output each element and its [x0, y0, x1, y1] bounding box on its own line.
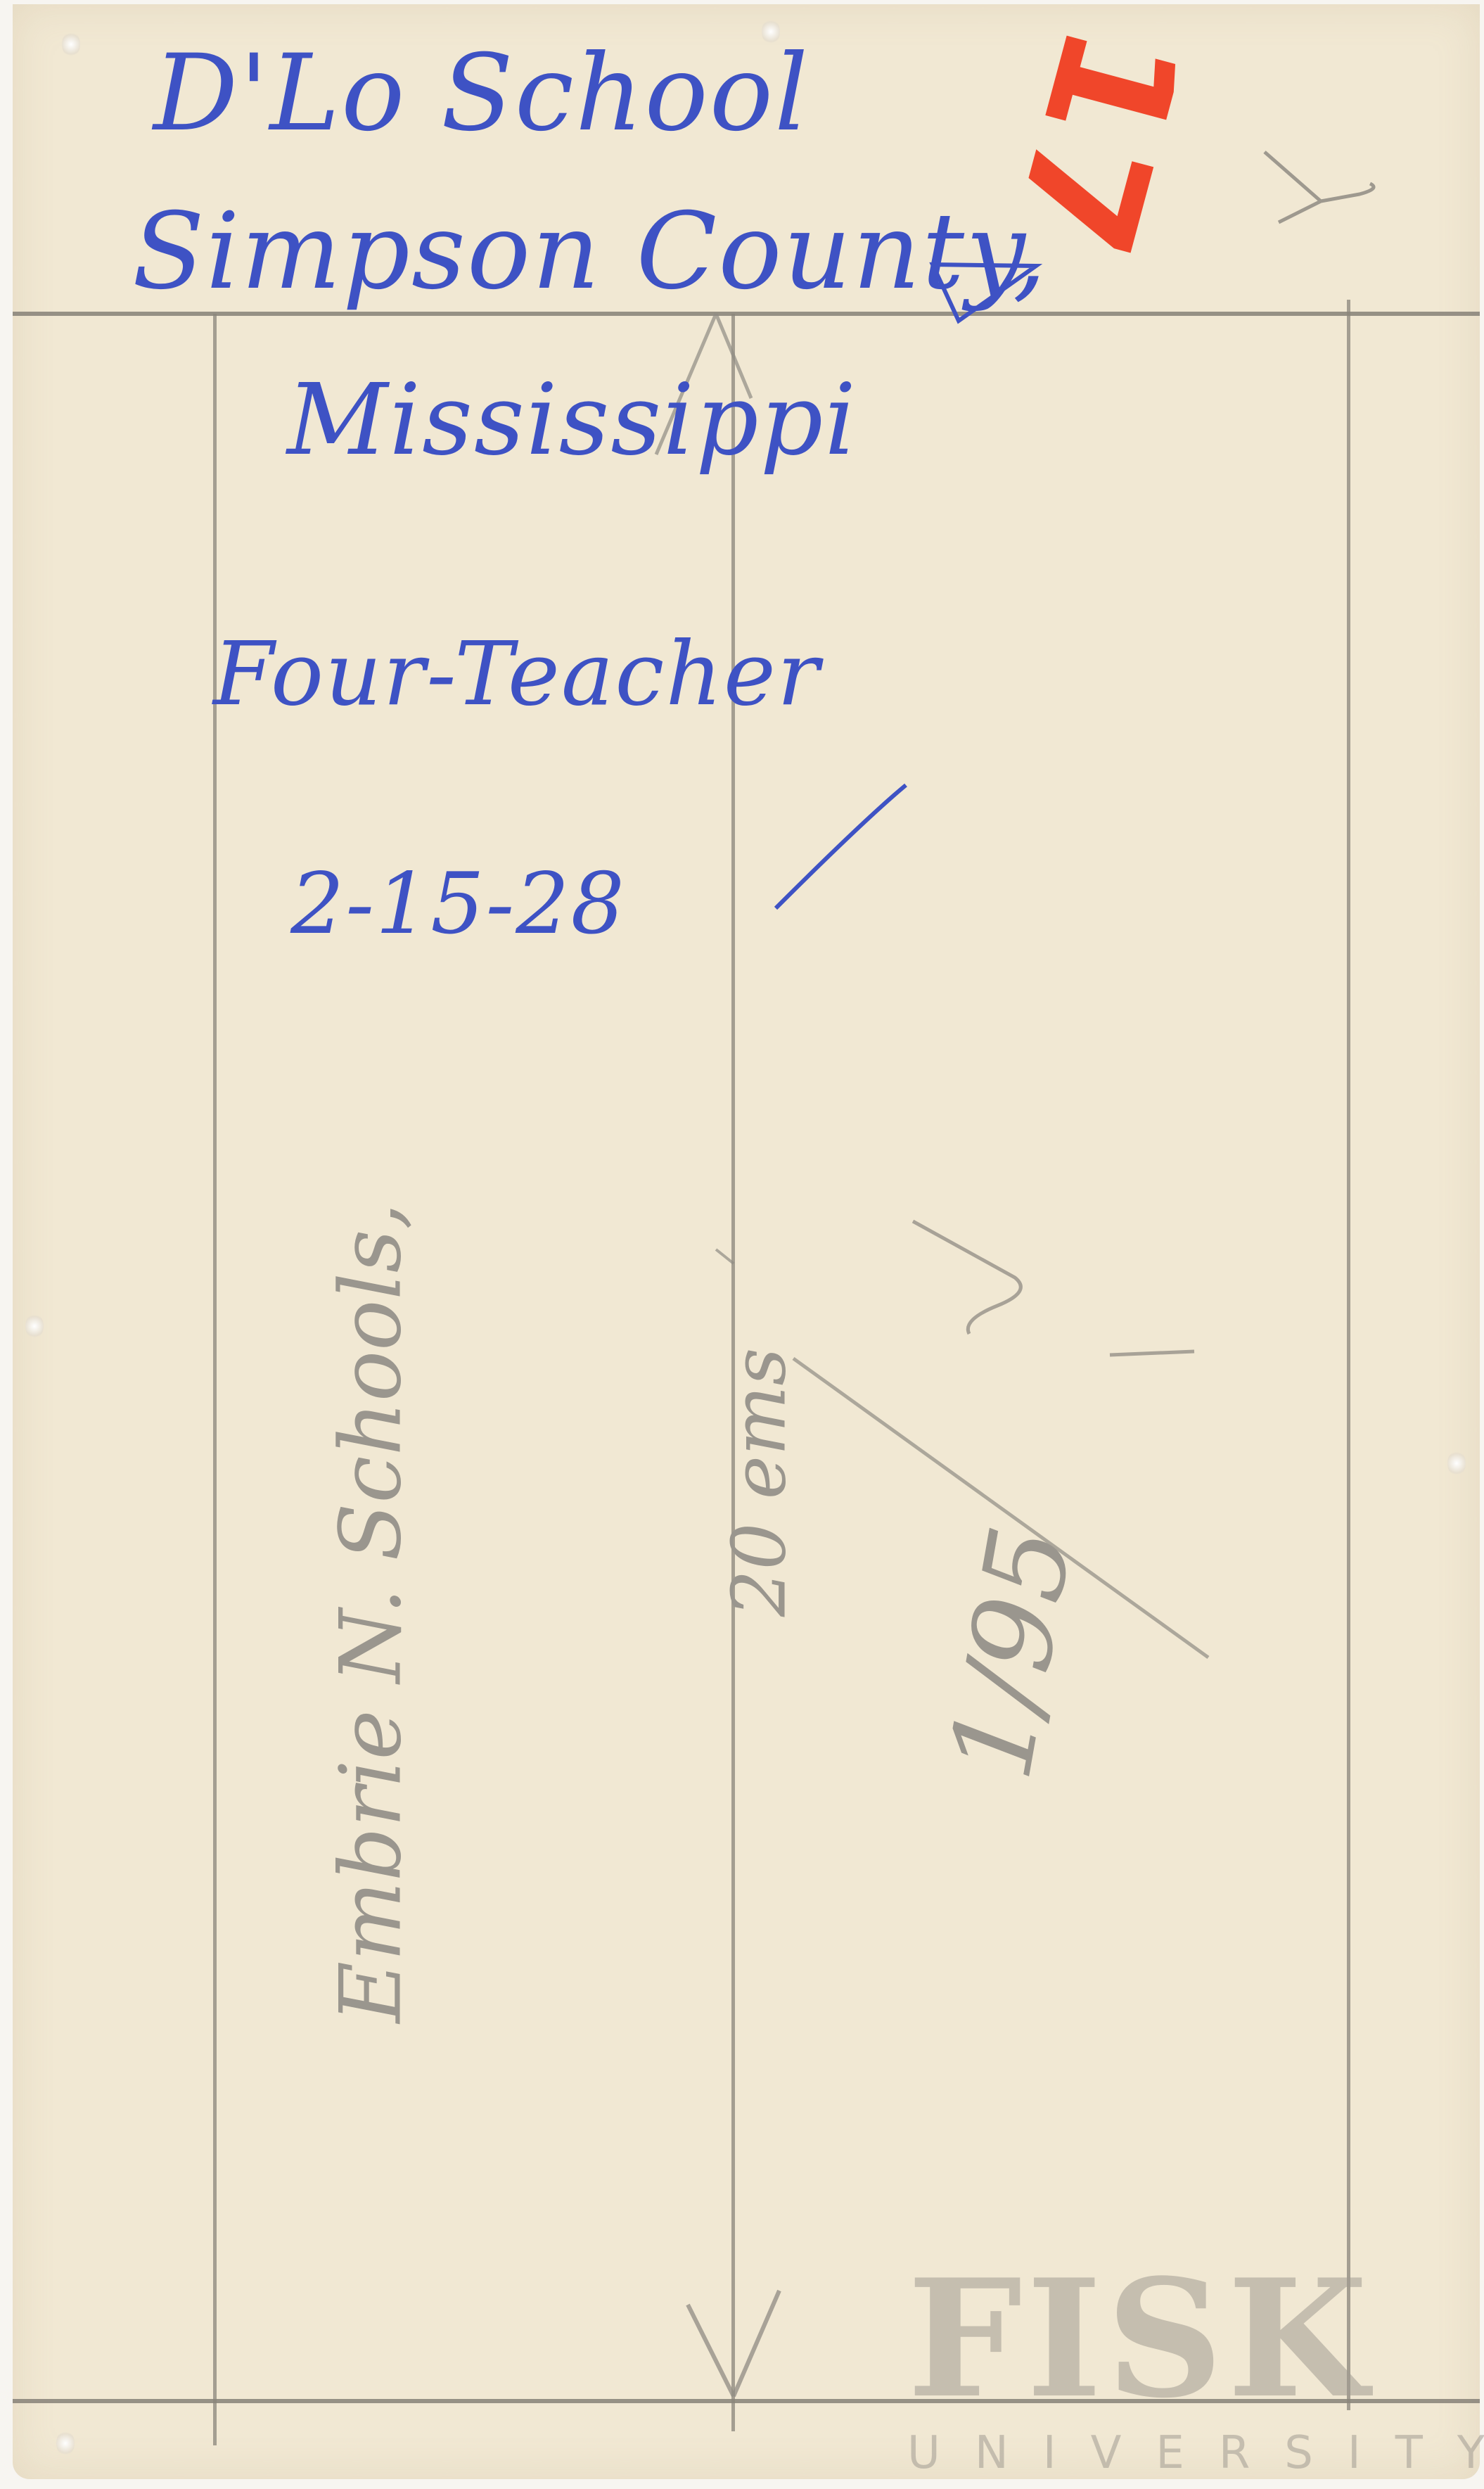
measurement-note: 20 ems	[716, 1348, 802, 1617]
county-name: Simpson County,	[132, 191, 1048, 313]
school-type: Four-Teacher	[213, 623, 821, 725]
date: 2-15-28	[290, 855, 626, 953]
credit-note: Embrie N. Schools,	[323, 1179, 421, 2023]
state-name: Mississippi	[287, 363, 857, 478]
index-card: D'Lo School Simpson County, Mississippi …	[13, 4, 1480, 2479]
school-name: D'Lo School	[153, 32, 810, 155]
watermark-subtitle: UNIVERSITY	[907, 2431, 1484, 2476]
watermark-title: FISK	[907, 2258, 1372, 2420]
